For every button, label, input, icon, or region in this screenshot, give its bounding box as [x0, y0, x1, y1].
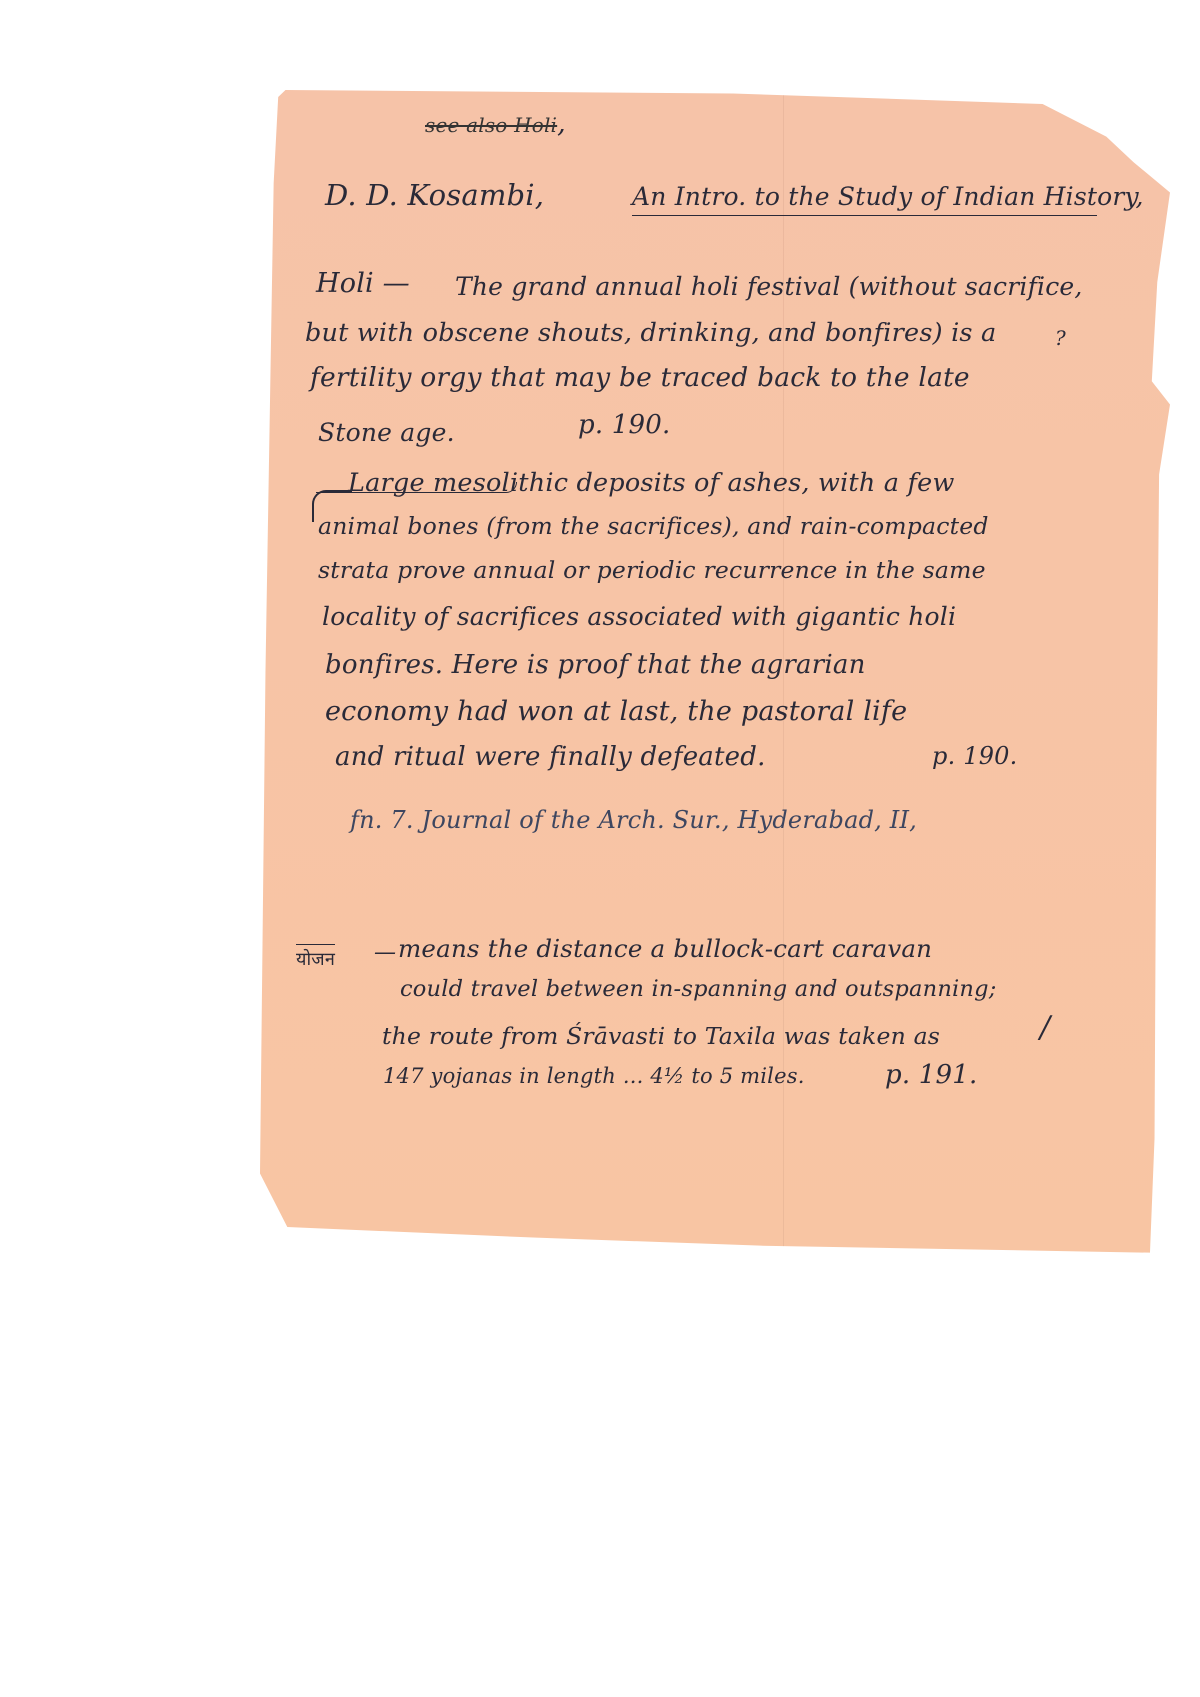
holi-cont-line-5: bonfires. Here is proof that the agraria…	[325, 650, 866, 680]
holi-cont-line-1: Large mesolithic deposits of ashes, with…	[348, 468, 954, 498]
holi-cont-line-4: locality of sacrifices associated with g…	[322, 602, 956, 631]
holi-line-4: Stone age.	[318, 418, 455, 447]
entry-term-holi: Holi —	[316, 268, 410, 299]
yojana-line-3: the route from Śrāvasti to Taxila was ta…	[382, 1022, 940, 1050]
yojana-line-2: could travel between in-spanning and out…	[400, 976, 997, 1002]
holi-line-2: but with obscene shouts, drinking, and b…	[305, 318, 996, 348]
margin-slash-mark: /	[1040, 1010, 1050, 1045]
yojana-marker: —	[374, 940, 396, 965]
holi-cont-page-ref: p. 190.	[932, 742, 1017, 770]
holi-cont-line-3: strata prove annual or periodic recurren…	[318, 556, 986, 584]
holi-page-ref: p. 190.	[578, 410, 670, 440]
margin-question-mark: ?	[1055, 326, 1066, 350]
struck-heading-comma: ,	[557, 108, 566, 139]
yojana-page-ref: p. 191.	[885, 1060, 977, 1090]
struck-heading-text: see also Holi	[425, 113, 557, 137]
yojana-line-4: 147 yojanas in length ... 4½ to 5 miles.	[383, 1064, 805, 1088]
citation-title: An Intro. to the Study of Indian History…	[632, 182, 1097, 216]
holi-cont-line-6: economy had won at last, the pastoral li…	[325, 696, 907, 727]
entry-term-yojana: योजन	[296, 944, 335, 971]
struck-heading: see also Holi,	[425, 108, 566, 139]
holi-line-3: fertility orgy that may be traced back t…	[310, 362, 970, 393]
citation-author: D. D. Kosambi,	[325, 178, 544, 212]
holi-footnote: fn. 7. Journal of the Arch. Sur., Hydera…	[350, 806, 917, 834]
holi-cont-line-7: and ritual were finally defeated.	[335, 742, 766, 772]
holi-line-1: The grand annual holi festival (without …	[455, 272, 1083, 301]
holi-cont-line-2: animal bones (from the sacrifices), and …	[318, 512, 989, 540]
yojana-line-1: means the distance a bullock-cart carava…	[398, 934, 932, 963]
